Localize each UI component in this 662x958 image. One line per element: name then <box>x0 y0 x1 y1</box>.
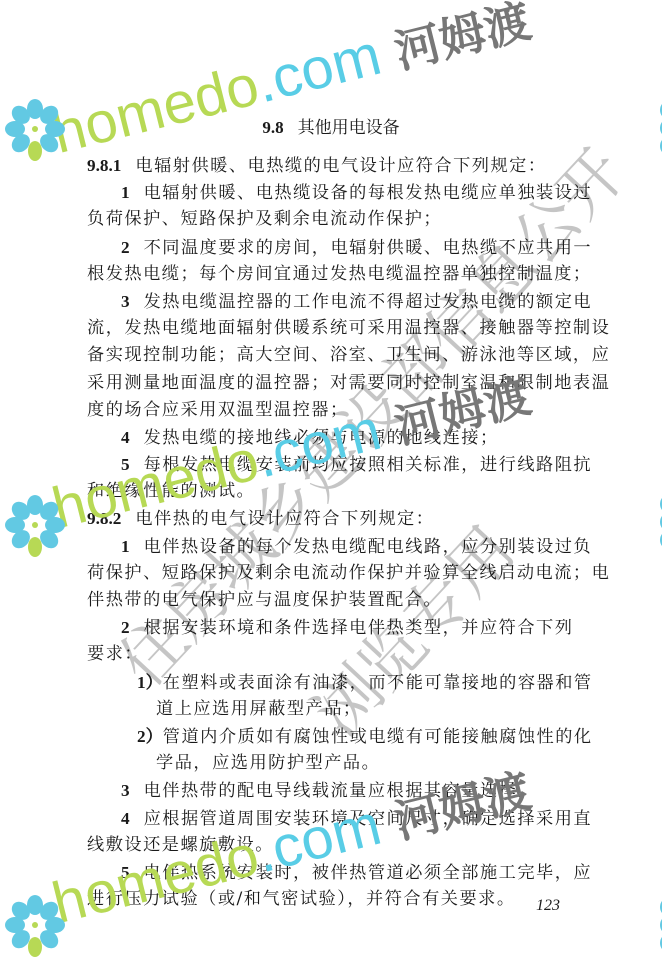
item-text-continued: 要求： <box>87 641 577 668</box>
section-title-text: 其他用电设备 <box>298 118 400 138</box>
document-page: 住房城乡建设部信息公开 浏览专用 9.8其他用电设备 9.8.1电辐射供暖、电热… <box>0 0 662 958</box>
list-item: 1电辐射供暖、电热缆设备的每根发热电缆应单独装设过 <box>87 179 577 206</box>
item-number: 5 <box>121 863 130 882</box>
list-item: 4发热电缆的接地线必须与电源的地线连接； <box>87 424 577 451</box>
list-item: 2不同温度要求的房间，电辐射供暖、电热缆不应共用一 <box>87 234 577 261</box>
item-text: 电伴热设备的每个发热电缆配电线路，应分别装设过负 <box>144 537 593 557</box>
item-text: 不同温度要求的房间，电辐射供暖、电热缆不应共用一 <box>144 238 593 258</box>
item-text: 每根发热电缆安装前均应按照相关标准，进行线路阻抗 <box>144 455 593 475</box>
item-text-continued: 备实现控制功能；高大空间、浴室、卫生间、游泳池等区域，应 <box>87 342 577 369</box>
homedo-watermark-top: homedo.com 河姆渡 <box>46 0 537 167</box>
sub-item-number: 2） <box>137 727 163 746</box>
sub-item: 2）管道内介质如有腐蚀性或电缆有可能接触腐蚀性的化 <box>87 723 577 750</box>
item-text-continued: 采用测量地面温度的温控器；对需要同时控制室温和限制地表温 <box>87 370 577 397</box>
item-number: 1 <box>121 537 130 556</box>
list-item: 3发热电缆温控器的工作电流不得超过发热电缆的额定电 <box>87 288 577 315</box>
item-text-continued: 度的场合应采用双温型温控器； <box>87 397 577 424</box>
sub-item-text-continued: 道上应选用屏蔽型产品； <box>87 696 577 723</box>
sub-item-number: 1） <box>137 673 163 692</box>
sub-item-text: 在塑料或表面涂有油漆，而不能可靠接地的容器和管 <box>163 673 593 693</box>
item-text-continued: 流，发热电缆地面辐射供暖系统可采用温控器、接触器等控制设 <box>87 315 577 342</box>
item-text-continued: 荷保护、短路保护及剩余电流动作保护并验算全线启动电流；电 <box>87 560 577 587</box>
homedo-flower-icon <box>648 492 662 552</box>
item-number: 5 <box>121 455 130 474</box>
homedo-flower-icon <box>648 98 662 158</box>
item-text-continued: 根发热电缆；每个房间宜通过发热电缆温控器单独控制温度； <box>87 261 577 288</box>
watermark-com-text: .com <box>249 22 387 115</box>
item-number: 1 <box>121 183 130 202</box>
item-text: 电辐射供暖、电热缆设备的每根发热电缆应单独装设过 <box>144 183 593 203</box>
document-body: 9.8.1电辐射供暖、电热缆的电气设计应符合下列规定： 1电辐射供暖、电热缆设备… <box>87 152 577 913</box>
list-item: 4应根据管道周围安装环境及空间尺寸，确定选择采用直 <box>87 805 577 832</box>
watermark-cn-text: 河姆渡 <box>389 0 536 79</box>
homedo-flower-icon <box>2 892 68 958</box>
list-item: 3电伴热带的配电导线载流量应根据其容量选择。 <box>87 777 577 804</box>
item-text-continued: 线敷设还是螺旋敷设。 <box>87 832 577 859</box>
clause-text: 电伴热的电气设计应符合下列规定： <box>135 509 434 529</box>
item-text: 应根据管道周围安装环境及空间尺寸，确定选择采用直 <box>144 809 593 829</box>
item-text-continued: 伴热带的电气保护应与温度保护装置配合。 <box>87 587 577 614</box>
item-number: 4 <box>121 809 130 828</box>
item-text-continued: 进行压力试验（或/和气密试验），并符合有关要求。 <box>87 886 577 913</box>
item-text: 电伴热带的配电导线载流量应根据其容量选择。 <box>144 781 536 801</box>
section-number: 9.8 <box>262 118 283 137</box>
item-number: 3 <box>121 292 130 311</box>
item-text-continued: 负荷保护、短路保护及剩余电流动作保护； <box>87 206 577 233</box>
item-number: 2 <box>121 618 130 637</box>
item-text: 电伴热系统安装时，被伴热管道必须全部施工完毕，应 <box>144 863 593 883</box>
item-text: 发热电缆的接地线必须与电源的地线连接； <box>144 428 499 448</box>
clause-text: 电辐射供暖、电热缆的电气设计应符合下列规定： <box>135 156 546 176</box>
list-item: 2根据安装环境和条件选择电伴热类型，并应符合下列 <box>87 614 577 641</box>
section-title: 9.8其他用电设备 <box>0 116 662 140</box>
list-item: 5每根发热电缆安装前均应按照相关标准，进行线路阻抗 <box>87 451 577 478</box>
homedo-flower-icon <box>2 96 68 162</box>
watermark-home-text: homedo <box>46 52 265 166</box>
homedo-flower-icon <box>648 895 662 955</box>
clause-heading: 9.8.2电伴热的电气设计应符合下列规定： <box>87 505 577 532</box>
sub-item-text-continued: 学品，应选用防护型产品。 <box>87 750 577 777</box>
sub-item: 1）在塑料或表面涂有油漆，而不能可靠接地的容器和管 <box>87 669 577 696</box>
list-item: 5电伴热系统安装时，被伴热管道必须全部施工完毕，应 <box>87 859 577 886</box>
item-text: 根据安装环境和条件选择电伴热类型，并应符合下列 <box>144 618 574 638</box>
clause-number: 9.8.1 <box>87 156 121 175</box>
item-number: 4 <box>121 428 130 447</box>
item-number: 3 <box>121 781 130 800</box>
list-item: 1电伴热设备的每个发热电缆配电线路，应分别装设过负 <box>87 533 577 560</box>
item-number: 2 <box>121 238 130 257</box>
clause-heading: 9.8.1电辐射供暖、电热缆的电气设计应符合下列规定： <box>87 152 577 179</box>
item-text-continued: 和绝缘性能的测试。 <box>87 478 577 505</box>
clause-number: 9.8.2 <box>87 509 121 528</box>
page-number: 123 <box>536 897 560 915</box>
sub-item-text: 管道内介质如有腐蚀性或电缆有可能接触腐蚀性的化 <box>163 727 593 747</box>
item-text: 发热电缆温控器的工作电流不得超过发热电缆的额定电 <box>144 292 593 312</box>
homedo-flower-icon <box>2 492 68 558</box>
